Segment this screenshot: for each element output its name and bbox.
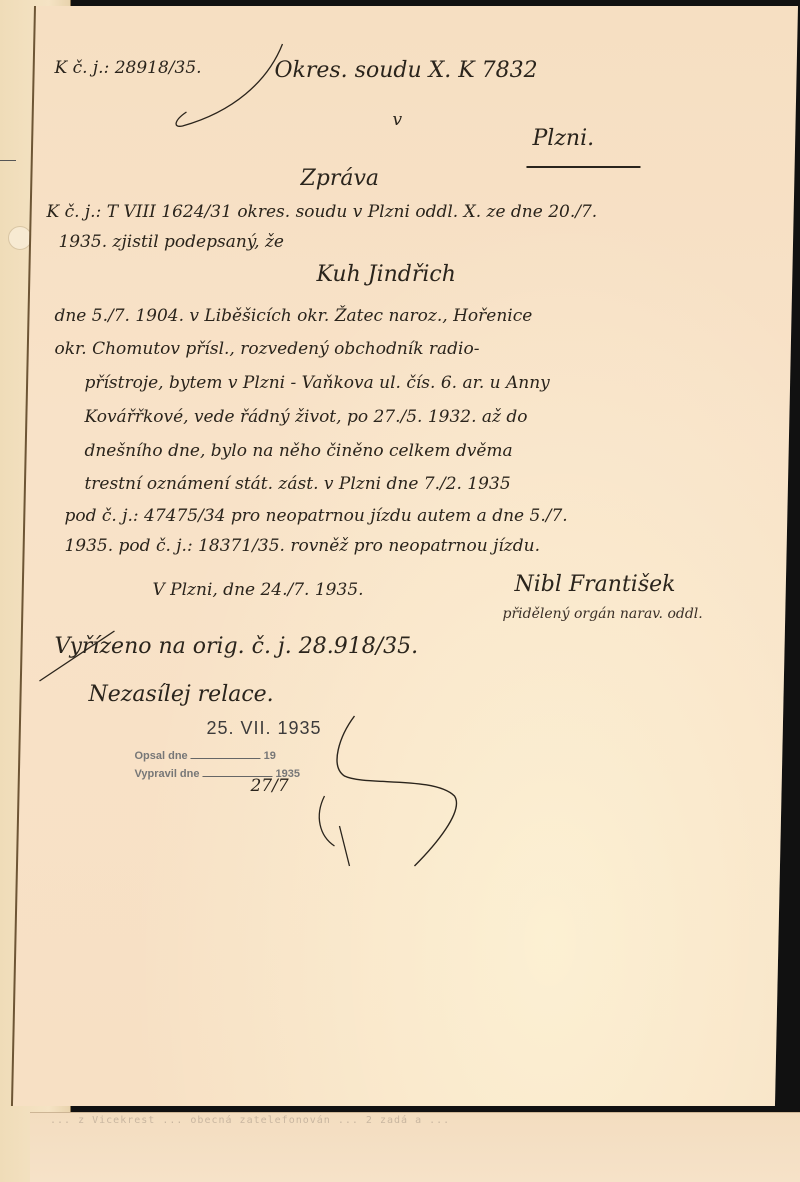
place-and-date: V Plzni, dne 24./7. 1935. [152, 580, 363, 600]
underlying-sheet-bottom: ... z Vicekrest ... obecná zatelefonován… [30, 1112, 800, 1182]
body-line: 1935. pod č. j.: 18371/35. rovněž pro ne… [64, 536, 540, 556]
body-line: okr. Chomutov přísl., rozvedený obchodní… [54, 339, 479, 359]
dispatched-date-handwritten: 27/7 [250, 776, 288, 796]
document-page: K č. j.: 28918/35. Okres. soudu X. K 783… [11, 6, 798, 1106]
stamp-label-dispatched: Vypravil dne [134, 768, 199, 780]
approval-signature-scribble [284, 706, 484, 876]
margin-mark [0, 160, 16, 161]
stamp-row-copied: Opsal dne19 [134, 746, 275, 764]
body-line: pod č. j.: 47475/34 pro neopatrnou jízdu… [64, 506, 567, 526]
addressee-city: Plzni. [532, 126, 594, 151]
officer-title: přidělený orgán narav. oddl. [502, 606, 702, 622]
city-underline [526, 166, 640, 168]
faded-typed-text: ... z Vicekrest ... obecná zatelefonován… [50, 1115, 790, 1126]
stamp-year-copied: 19 [264, 750, 276, 762]
addressee-preposition: v [392, 110, 402, 130]
body-line: Kovářřkové, vede řádný život, po 27./5. … [84, 407, 527, 427]
body-line: dne 5./7. 1904. v Liběšicích okr. Žatec … [54, 306, 532, 326]
body-line: K č. j.: T VIII 1624/31 okres. soudu v P… [46, 202, 597, 222]
body-line: přístroje, bytem v Plzni - Vaňkova ul. č… [84, 373, 549, 393]
document-title: Zpráva [300, 166, 379, 191]
stamp-label-copied: Opsal dne [134, 750, 187, 762]
annotation-strike [34, 626, 134, 686]
body-line: 1935. zjistil podepsaný, že [58, 232, 284, 252]
body-line: trestní oznámení stát. zást. v Plzni dne… [84, 474, 510, 494]
addressee-court: Okres. soudu X. K 7832 [274, 58, 537, 83]
officer-signature: Nibl František [514, 572, 675, 597]
reference-slash-mark [172, 42, 292, 132]
subject-name: Kuh Jindřich [316, 262, 455, 287]
body-line: dnešního dne, bylo na něho činěno celkem… [84, 441, 512, 461]
